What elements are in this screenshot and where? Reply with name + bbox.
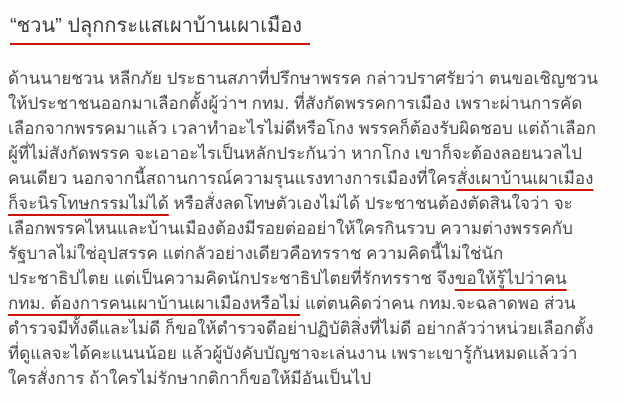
article-page: “ชวน” ปลุกกระแสเผาบ้านเผาเมือง ด้านนายชว… (0, 0, 624, 403)
article-body: ด้านนายชวน หลีกภัย ประธานสภาที่ปรึกษาพรร… (8, 66, 602, 391)
article-title: “ชวน” ปลุกกระแสเผาบ้านเผาเมือง (10, 14, 602, 45)
article-title-text: “ชวน” ปลุกกระแสเผาบ้านเผาเมือง (10, 14, 310, 45)
